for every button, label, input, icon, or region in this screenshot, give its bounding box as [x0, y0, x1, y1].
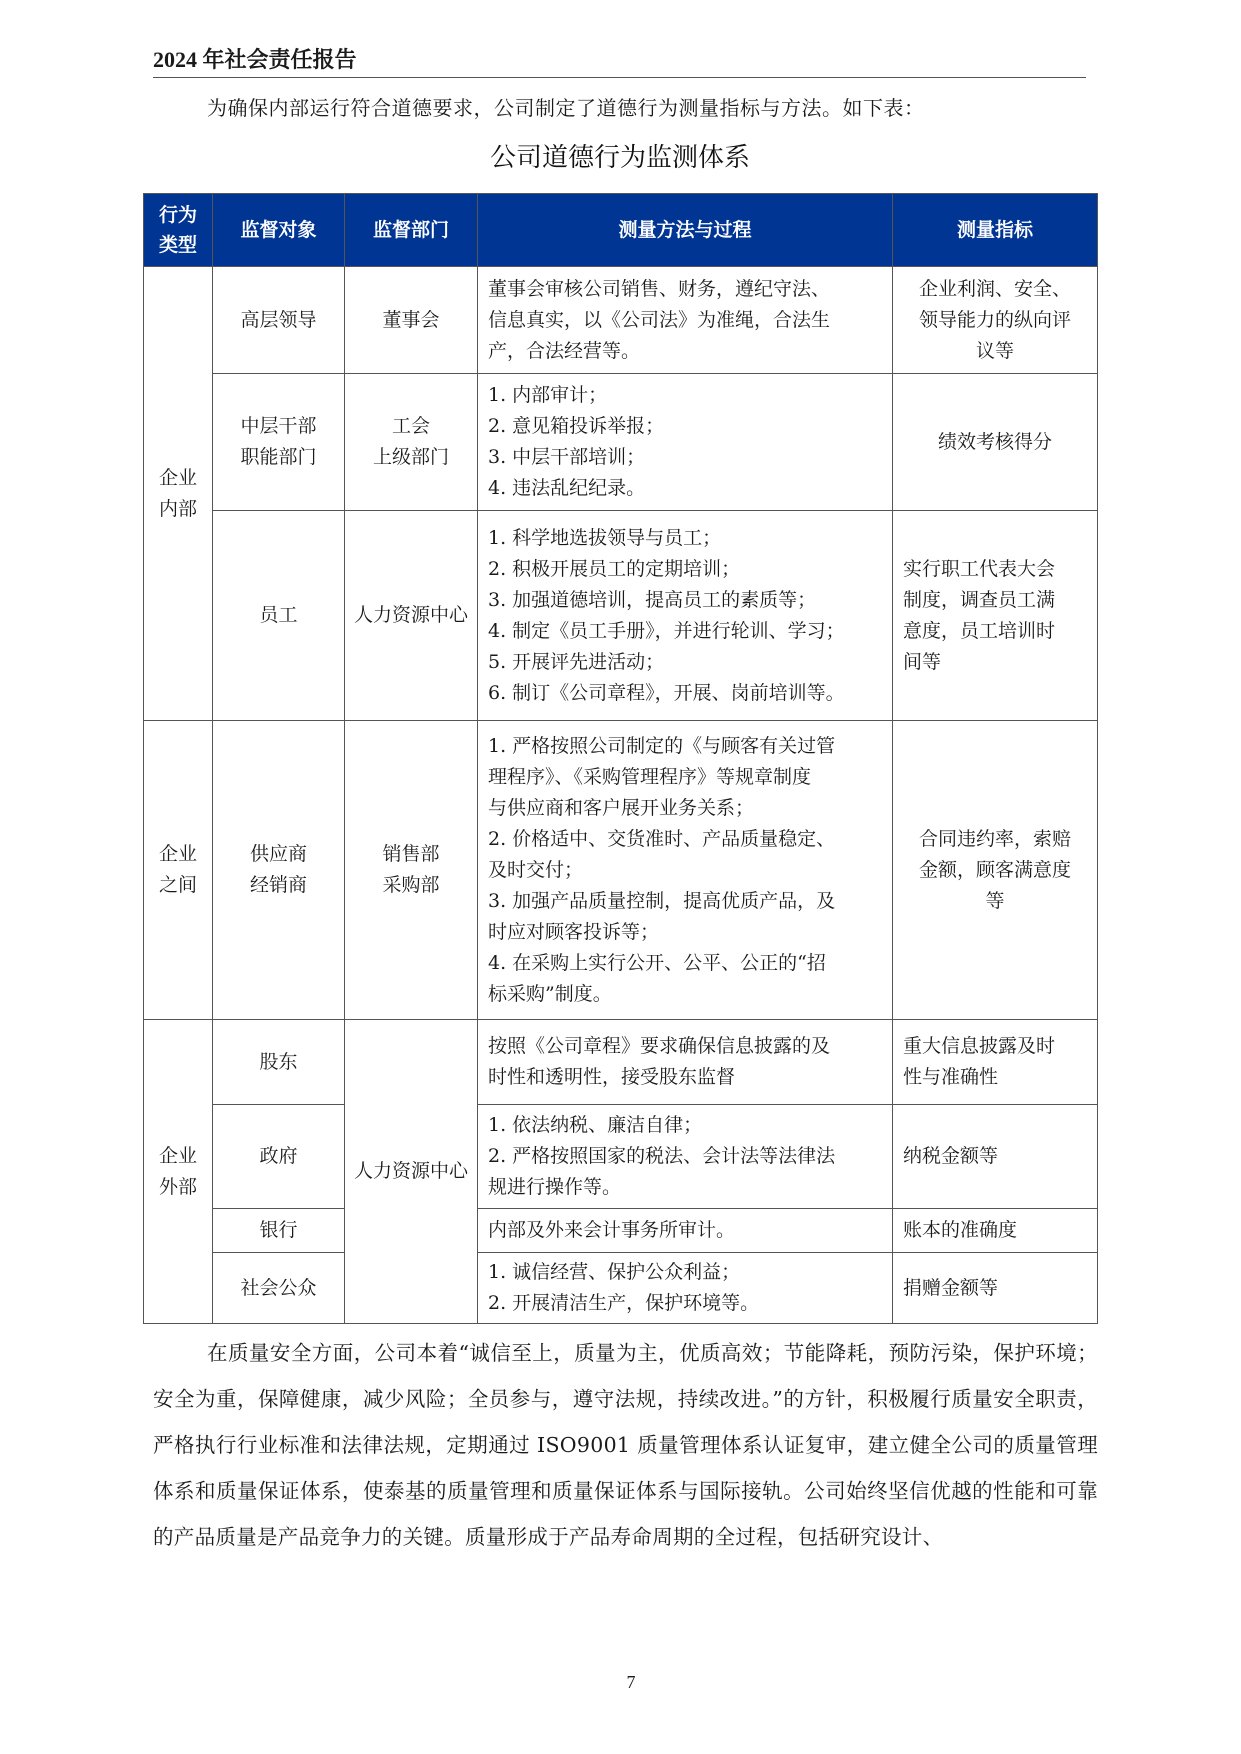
department-line: 上级部门: [355, 442, 467, 473]
metric-line: 合同违约率，索赔: [903, 824, 1087, 855]
object-line: 供应商: [223, 839, 334, 870]
method-line: 1. 科学地选拔领导与员工；: [488, 523, 882, 554]
department-line: 采购部: [355, 870, 467, 901]
department-line: 工会: [355, 411, 467, 442]
metric-line: 意度，员工培训时: [903, 616, 1087, 647]
method-line: 产，合法经营等。: [488, 336, 882, 367]
metric-line: 纳税金额等: [903, 1141, 1087, 1172]
object-cell: 供应商 经销商: [213, 721, 345, 1020]
table-header-row: 行为 类型 监督对象 监督部门 测量方法与过程 测量指标: [144, 194, 1098, 267]
department-line: 人力资源中心: [345, 600, 477, 631]
col-header-department: 监督部门: [345, 194, 478, 267]
running-header: 2024 年社会责任报告: [153, 46, 1086, 78]
method-line: 2. 意见箱投诉举报；: [488, 411, 882, 442]
metric-line: 账本的准确度: [903, 1215, 1087, 1246]
type-line: 之间: [154, 870, 202, 901]
type-cell-internal: 企业 内部: [144, 267, 213, 721]
department-line: 人力资源中心: [345, 1156, 477, 1187]
object-cell: 政府: [213, 1105, 345, 1209]
object-line: 员工: [223, 600, 334, 631]
metric-cell: 绩效考核得分: [893, 374, 1098, 511]
method-cell: 1. 科学地选拔领导与员工； 2. 积极开展员工的定期培训； 3. 加强道德培训…: [478, 511, 893, 721]
table-row: 企业 之间 供应商 经销商 销售部 采购部 1. 严格按照公司制定的《与顾客有关…: [144, 721, 1098, 1020]
method-line: 信息真实，以《公司法》为准绳，合法生: [488, 305, 882, 336]
method-line: 内部及外来会计事务所审计。: [488, 1215, 882, 1246]
type-line: 企业: [154, 839, 202, 870]
object-line: 中层干部: [223, 411, 334, 442]
method-line: 理程序》、《采购管理程序》等规章制度: [488, 762, 882, 793]
method-line: 规进行操作等。: [488, 1172, 882, 1203]
object-cell: 员工: [213, 511, 345, 721]
department-cell: 董事会: [345, 267, 478, 374]
method-line: 5. 开展评先进活动；: [488, 647, 882, 678]
method-line: 按照《公司章程》要求确保信息披露的及: [488, 1031, 882, 1062]
method-cell: 1. 诚信经营、保护公众利益； 2. 开展清洁生产，保护环境等。: [478, 1253, 893, 1324]
type-line: 内部: [154, 494, 202, 525]
table-row: 企业 内部 高层领导 董事会 董事会审核公司销售、财务，遵纪守法、 信息真实，以…: [144, 267, 1098, 374]
department-line: 董事会: [355, 305, 467, 336]
object-cell: 银行: [213, 1209, 345, 1253]
object-cell: 社会公众: [213, 1253, 345, 1324]
method-line: 时应对顾客投诉等；: [488, 917, 882, 948]
metric-cell: 捐赠金额等: [893, 1253, 1098, 1324]
metric-line: 等: [903, 886, 1087, 917]
table-row: 银行 内部及外来会计事务所审计。 账本的准确度: [144, 1209, 1098, 1253]
table-row: 政府 1. 依法纳税、廉洁自律； 2. 严格按照国家的税法、会计法等法律法 规进…: [144, 1105, 1098, 1209]
object-line: 银行: [223, 1215, 334, 1246]
method-line: 4. 在采购上实行公开、公平、公正的“招: [488, 948, 882, 979]
method-cell: 1. 严格按照公司制定的《与顾客有关过管 理程序》、《采购管理程序》等规章制度 …: [478, 721, 893, 1020]
department-cell: 工会 上级部门: [345, 374, 478, 511]
metric-line: 绩效考核得分: [903, 427, 1087, 458]
method-cell: 1. 内部审计； 2. 意见箱投诉举报； 3. 中层干部培训； 4. 违法乱纪纪…: [478, 374, 893, 511]
metric-cell: 企业利润、安全、 领导能力的纵向评 议等: [893, 267, 1098, 374]
department-cell: 人力资源中心: [345, 1020, 478, 1324]
table-row: 企业 外部 股东 人力资源中心 按照《公司章程》要求确保信息披露的及 时性和透明…: [144, 1020, 1098, 1105]
table-row: 社会公众 1. 诚信经营、保护公众利益； 2. 开展清洁生产，保护环境等。 捐赠…: [144, 1253, 1098, 1324]
metric-line: 制度，调查员工满: [903, 585, 1087, 616]
metric-line: 实行职工代表大会: [903, 554, 1087, 585]
metric-cell: 合同违约率，索赔 金额，顾客满意度 等: [893, 721, 1098, 1020]
metric-line: 重大信息披露及时: [903, 1031, 1087, 1062]
col-header-type: 行为 类型: [144, 194, 213, 267]
metric-line: 议等: [903, 336, 1087, 367]
metric-line: 性与准确性: [903, 1062, 1087, 1093]
type-line: 外部: [154, 1172, 202, 1203]
method-line: 标采购”制度。: [488, 979, 882, 1010]
metric-cell: 重大信息披露及时 性与准确性: [893, 1020, 1098, 1105]
department-cell: 人力资源中心: [345, 511, 478, 721]
method-line: 时性和透明性，接受股东监督: [488, 1062, 882, 1093]
metric-line: 企业利润、安全、: [903, 274, 1087, 305]
metric-line: 间等: [903, 647, 1087, 678]
col-header-method: 测量方法与过程: [478, 194, 893, 267]
method-line: 1. 内部审计；: [488, 380, 882, 411]
col-header-object: 监督对象: [213, 194, 345, 267]
method-cell: 1. 依法纳税、廉洁自律； 2. 严格按照国家的税法、会计法等法律法 规进行操作…: [478, 1105, 893, 1209]
method-line: 2. 开展清洁生产，保护环境等。: [488, 1288, 882, 1319]
method-line: 1. 依法纳税、廉洁自律；: [488, 1110, 882, 1141]
type-line: 企业: [154, 1141, 202, 1172]
method-cell: 董事会审核公司销售、财务，遵纪守法、 信息真实，以《公司法》为准绳，合法生 产，…: [478, 267, 893, 374]
report-title: 2024 年社会责任报告: [153, 47, 357, 72]
method-line: 2. 严格按照国家的税法、会计法等法律法: [488, 1141, 882, 1172]
type-line: 企业: [154, 463, 202, 494]
method-line: 1. 诚信经营、保护公众利益；: [488, 1257, 882, 1288]
object-cell: 股东: [213, 1020, 345, 1105]
method-line: 3. 加强产品质量控制，提高优质产品，及: [488, 886, 882, 917]
method-line: 4. 违法乱纪纪录。: [488, 473, 882, 504]
page-number: 7: [611, 1672, 651, 1693]
metric-cell: 实行职工代表大会 制度，调查员工满 意度，员工培训时 间等: [893, 511, 1098, 721]
department-line: 销售部: [355, 839, 467, 870]
metric-cell: 账本的准确度: [893, 1209, 1098, 1253]
intro-paragraph: 为确保内部运行符合道德要求，公司制定了道德行为测量指标与方法。如下表：: [153, 92, 1098, 124]
method-line: 及时交付；: [488, 855, 882, 886]
quality-safety-paragraph: 在质量安全方面，公司本着“诚信至上，质量为主，优质高效；节能降耗，预防污染，保护…: [153, 1330, 1098, 1560]
method-line: 董事会审核公司销售、财务，遵纪守法、: [488, 274, 882, 305]
object-line: 高层领导: [223, 305, 334, 336]
table-row: 员工 人力资源中心 1. 科学地选拔领导与员工； 2. 积极开展员工的定期培训；…: [144, 511, 1098, 721]
metric-line: 捐赠金额等: [903, 1273, 1087, 1304]
object-line: 职能部门: [223, 442, 334, 473]
col-header-metric: 测量指标: [893, 194, 1098, 267]
object-line: 社会公众: [223, 1273, 334, 1304]
method-line: 2. 积极开展员工的定期培训；: [488, 554, 882, 585]
method-line: 与供应商和客户展开业务关系；: [488, 793, 882, 824]
ethics-monitoring-table: 行为 类型 监督对象 监督部门 测量方法与过程 测量指标 企业 内部 高层领导 …: [143, 193, 1098, 1324]
method-line: 2. 价格适中、交货准时、产品质量稳定、: [488, 824, 882, 855]
department-cell: 销售部 采购部: [345, 721, 478, 1020]
type-cell-external: 企业 外部: [144, 1020, 213, 1324]
method-line: 1. 严格按照公司制定的《与顾客有关过管: [488, 731, 882, 762]
method-cell: 按照《公司章程》要求确保信息披露的及 时性和透明性，接受股东监督: [478, 1020, 893, 1105]
table-title: 公司道德行为监测体系: [143, 140, 1097, 176]
metric-line: 金额，顾客满意度: [903, 855, 1087, 886]
table-row: 中层干部 职能部门 工会 上级部门 1. 内部审计； 2. 意见箱投诉举报； 3…: [144, 374, 1098, 511]
object-line: 政府: [223, 1141, 334, 1172]
method-line: 3. 中层干部培训；: [488, 442, 882, 473]
object-line: 经销商: [223, 870, 334, 901]
method-cell: 内部及外来会计事务所审计。: [478, 1209, 893, 1253]
metric-cell: 纳税金额等: [893, 1105, 1098, 1209]
col-header-type-line: 行为: [144, 200, 212, 230]
object-cell: 高层领导: [213, 267, 345, 374]
type-cell-between: 企业 之间: [144, 721, 213, 1020]
method-line: 6. 制订《公司章程》，开展、岗前培训等。: [488, 678, 882, 709]
metric-line: 领导能力的纵向评: [903, 305, 1087, 336]
method-line: 4. 制定《员工手册》，并进行轮训、学习；: [488, 616, 882, 647]
method-line: 3. 加强道德培训，提高员工的素质等；: [488, 585, 882, 616]
object-cell: 中层干部 职能部门: [213, 374, 345, 511]
col-header-type-line: 类型: [144, 230, 212, 260]
object-line: 股东: [223, 1047, 334, 1078]
